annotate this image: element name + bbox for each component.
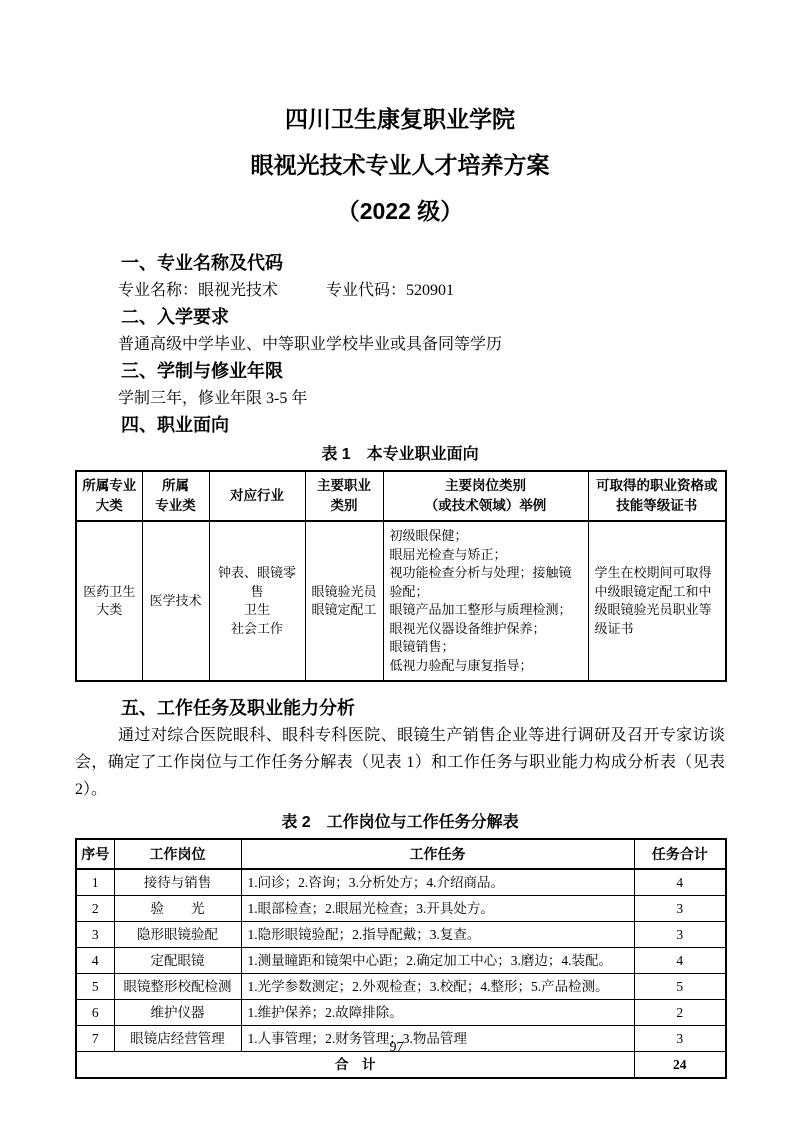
table2-cell-count: 3 bbox=[634, 922, 726, 948]
section-5-heading: 五、工作任务及职业能力分析 bbox=[75, 695, 725, 722]
table1-cell-occupation: 眼镜验光员 眼镜定配工 bbox=[305, 521, 383, 681]
table1-cell-industry: 钟表、眼镜零售 卫生 社会工作 bbox=[209, 521, 305, 681]
table1-cell-major-category: 医药卫生 大类 bbox=[76, 521, 142, 681]
table2-cell-count: 2 bbox=[634, 1000, 726, 1026]
table2-cell-index: 3 bbox=[76, 922, 114, 948]
table2-cell-index: 5 bbox=[76, 974, 114, 1000]
table2-cell-tasks: 1.问诊；2.咨询；3.分析处方；4.介绍商品。 bbox=[241, 869, 634, 896]
table2-cell-post: 眼镜整形校配检测 bbox=[114, 974, 241, 1000]
section-2-body: 普通高级中学毕业、中等职业学校毕业或具备同等学历 bbox=[75, 331, 725, 358]
table2-cell-index: 1 bbox=[76, 869, 114, 896]
table1-header-cell: 主要职业 类别 bbox=[305, 471, 383, 521]
table-row: 1 接待与销售 1.问诊；2.咨询；3.分析处方；4.介绍商品。 4 bbox=[76, 869, 726, 896]
table2-cell-post: 接待与销售 bbox=[114, 869, 241, 896]
table1-cell-certificates: 学生在校期间可取得中级眼镜定配工和中级眼镜验光员职业等级证书 bbox=[588, 521, 726, 681]
table1-header-cell: 所属 专业类 bbox=[142, 471, 209, 521]
table2-cell-count: 5 bbox=[634, 974, 726, 1000]
table2-cell-tasks: 1.测量瞳距和镜架中心距；2.确定加工中心；3.磨边；4.装配。 bbox=[241, 948, 634, 974]
table2-header-cell: 工作岗位 bbox=[114, 839, 241, 869]
table2-cell-count: 4 bbox=[634, 869, 726, 896]
table2-cell-post: 定配眼镜 bbox=[114, 948, 241, 974]
table2-cell-post: 维护仪器 bbox=[114, 1000, 241, 1026]
table-1-header-row: 所属专业 大类 所属 专业类 对应行业 主要职业 类别 主要岗位类别 （或技术领… bbox=[76, 471, 726, 521]
table2-cell-post: 验 光 bbox=[114, 896, 241, 922]
table2-cell-tasks: 1.光学参数测定；2.外观检查；3.校配；4.整形；5.产品检测。 bbox=[241, 974, 634, 1000]
table1-cell-major-class: 医学技术 bbox=[142, 521, 209, 681]
table2-cell-count: 4 bbox=[634, 948, 726, 974]
table-row: 6 维护仪器 1.维护保养；2.故障排除。 2 bbox=[76, 1000, 726, 1026]
table2-cell-tasks: 1.眼部检查；2.眼屈光检查；3.开具处方。 bbox=[241, 896, 634, 922]
table2-header-cell: 工作任务 bbox=[241, 839, 634, 869]
section-1-body: 专业名称：眼视光技术 专业代码：520901 bbox=[75, 277, 725, 304]
table1-header-cell: 所属专业 大类 bbox=[76, 471, 142, 521]
table-row: 5 眼镜整形校配检测 1.光学参数测定；2.外观检查；3.校配；4.整形；5.产… bbox=[76, 974, 726, 1000]
section-3-body: 学制三年，修业年限 3-5 年 bbox=[75, 385, 725, 412]
section-5-paragraph: 通过对综合医院眼科、眼科专科医院、眼镜生产销售企业等进行调研及召开专家访谈会，确… bbox=[75, 722, 725, 803]
table-row: 4 定配眼镜 1.测量瞳距和镜架中心距；2.确定加工中心；3.磨边；4.装配。 … bbox=[76, 948, 726, 974]
table1-header-cell: 主要岗位类别 （或技术领域）举例 bbox=[383, 471, 588, 521]
title-line-3: （2022 级） bbox=[75, 188, 725, 234]
table2-cell-index: 6 bbox=[76, 1000, 114, 1026]
section-1-heading: 一、专业名称及代码 bbox=[75, 250, 725, 277]
table2-cell-index: 2 bbox=[76, 896, 114, 922]
section-2-heading: 二、入学要求 bbox=[75, 304, 725, 331]
table2-header-cell: 任务合计 bbox=[634, 839, 726, 869]
occupation-orientation-table: 所属专业 大类 所属 专业类 对应行业 主要职业 类别 主要岗位类别 （或技术领… bbox=[75, 470, 727, 682]
table2-cell-post: 隐形眼镜验配 bbox=[114, 922, 241, 948]
section-3-heading: 三、学制与修业年限 bbox=[75, 358, 725, 385]
table-2-caption: 表 2 工作岗位与工作任务分解表 bbox=[75, 811, 725, 835]
document-page: 四川卫生康复职业学院 眼视光技术专业人才培养方案 （2022 级） 一、专业名称… bbox=[0, 0, 793, 1122]
document-title: 四川卫生康复职业学院 眼视光技术专业人才培养方案 （2022 级） bbox=[75, 96, 725, 234]
table-1-body-row: 医药卫生 大类 医学技术 钟表、眼镜零售 卫生 社会工作 眼镜验光员 眼镜定配工… bbox=[76, 521, 726, 681]
table2-cell-tasks: 1.隐形眼镜验配；2.指导配戴；3.复查。 bbox=[241, 922, 634, 948]
title-line-1: 四川卫生康复职业学院 bbox=[75, 96, 725, 142]
table2-header-cell: 序号 bbox=[76, 839, 114, 869]
table1-cell-post-examples: 初级眼保健； 眼屈光检查与矫正； 视功能检查分析与处理；接触镜验配； 眼镜产品加… bbox=[383, 521, 588, 681]
table-1-caption: 表 1 本专业职业面向 bbox=[75, 443, 725, 467]
page-number: 97 bbox=[0, 1040, 793, 1056]
table2-cell-count: 3 bbox=[634, 896, 726, 922]
title-line-2: 眼视光技术专业人才培养方案 bbox=[75, 142, 725, 188]
table2-cell-index: 4 bbox=[76, 948, 114, 974]
table-row: 3 隐形眼镜验配 1.隐形眼镜验配；2.指导配戴；3.复查。 3 bbox=[76, 922, 726, 948]
table-2-header-row: 序号 工作岗位 工作任务 任务合计 bbox=[76, 839, 726, 869]
table2-cell-tasks: 1.维护保养；2.故障排除。 bbox=[241, 1000, 634, 1026]
table1-header-cell: 可取得的职业资格或 技能等级证书 bbox=[588, 471, 726, 521]
table1-header-cell: 对应行业 bbox=[209, 471, 305, 521]
table-row: 2 验 光 1.眼部检查；2.眼屈光检查；3.开具处方。 3 bbox=[76, 896, 726, 922]
section-4-heading: 四、职业面向 bbox=[75, 412, 725, 439]
